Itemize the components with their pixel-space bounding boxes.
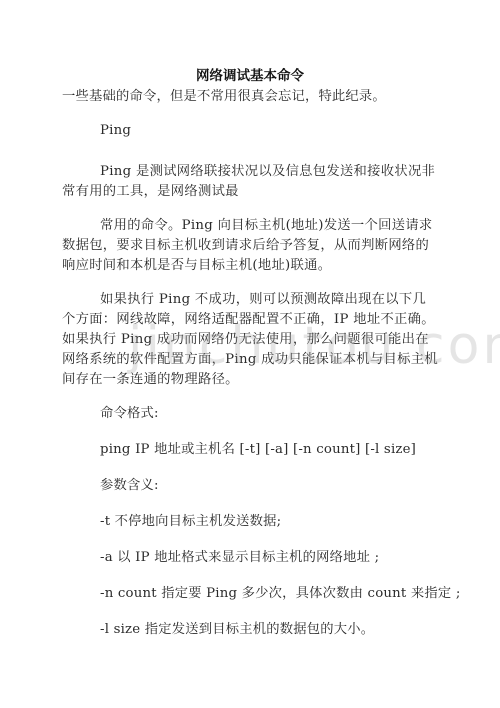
intro-text: 一些基础的命令，但是不常用很真会忘记，特此纪录。: [62, 87, 440, 107]
command-syntax: ping IP 地址或主机名 [-t] [-a] [-n count] [-l …: [100, 440, 440, 460]
document-page: 网络调试基本命令 一些基础的命令，但是不常用很真会忘记，特此纪录。 Ping P…: [0, 0, 500, 708]
param-t: -t 不停地向目标主机发送数据;: [100, 512, 440, 532]
param-a: -a 以 IP 地址格式来显示目标主机的网络地址 ;: [100, 548, 440, 568]
params-label: 参数含义:: [100, 476, 440, 496]
document-title: 网络调试基本命令: [0, 66, 500, 86]
paragraph-ping-description: Ping 是测试网络联接状况以及信息包发送和接收状况非常有用的工具，是网络测试最: [62, 162, 438, 202]
param-n: -n count 指定要 Ping 多少次，具体次数由 count 来指定 ;: [100, 584, 440, 604]
paragraph-ping-failure: 如果执行 Ping 不成功，则可以预测故障出现在以下几个方面：网线故障，网络适配…: [62, 290, 438, 390]
format-label: 命令格式:: [100, 404, 440, 424]
paragraph-ping-mechanism: 常用的命令。Ping 向目标主机(地址)发送一个回送请求数据包，要求目标主机收到…: [62, 216, 438, 276]
section-heading: Ping: [100, 121, 440, 141]
param-l: -l size 指定发送到目标主机的数据包的大小。: [100, 620, 440, 640]
